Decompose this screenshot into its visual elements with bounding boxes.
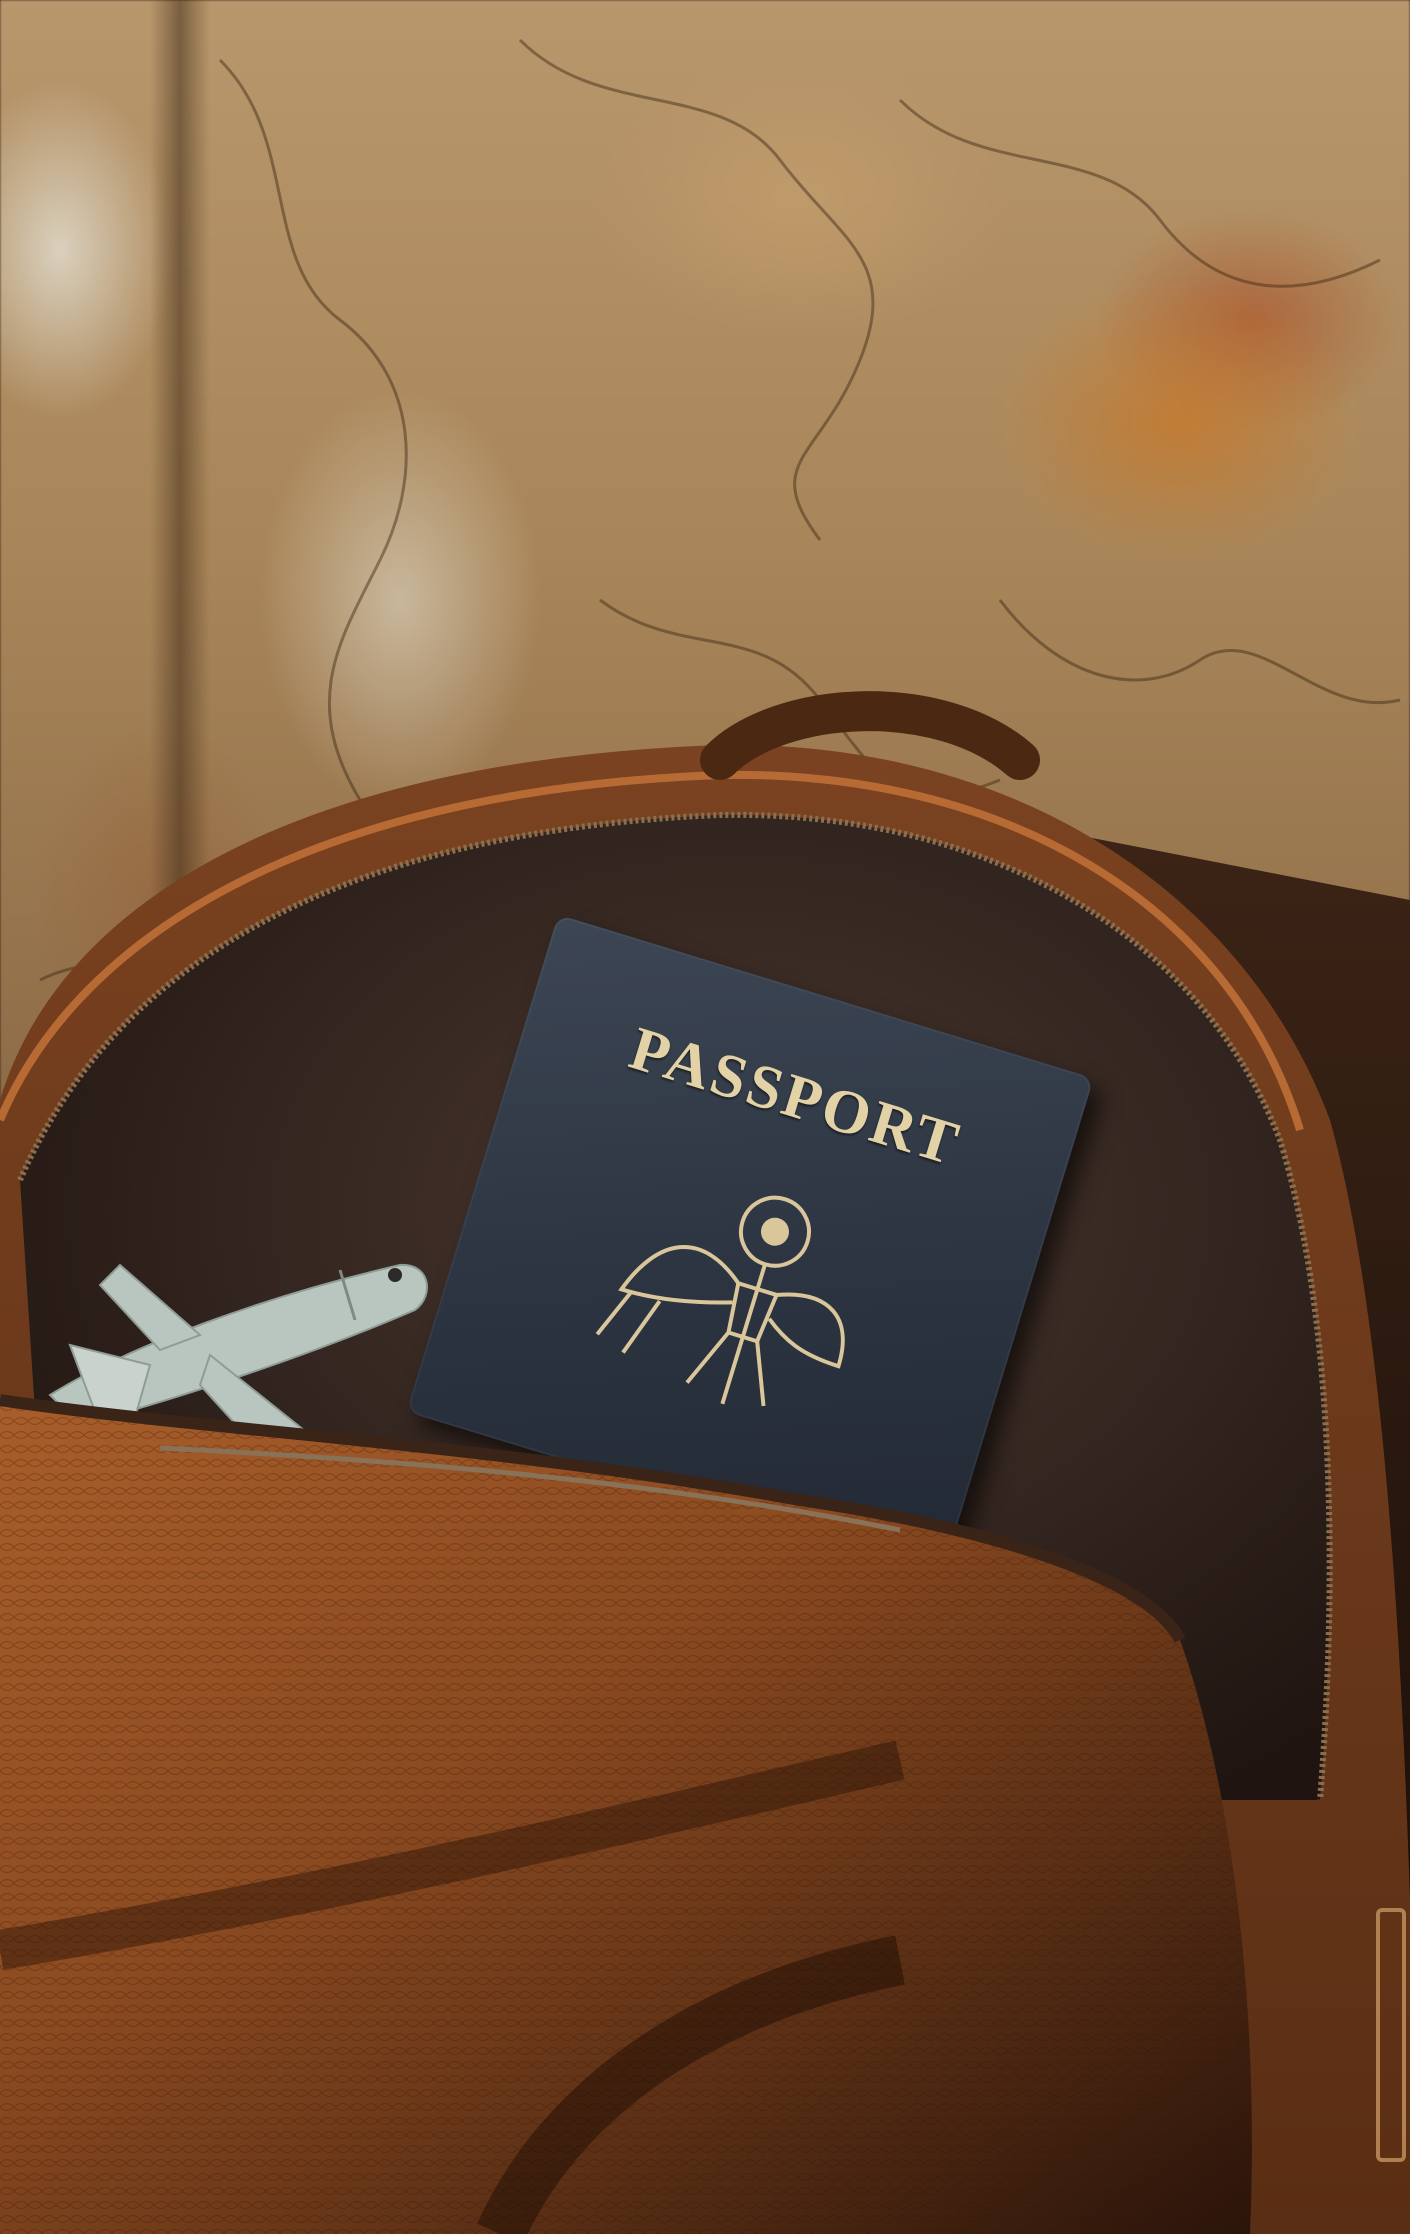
photo-scene: PASSPORT [0,0,1410,2234]
toy-airplane [10,1225,440,1475]
